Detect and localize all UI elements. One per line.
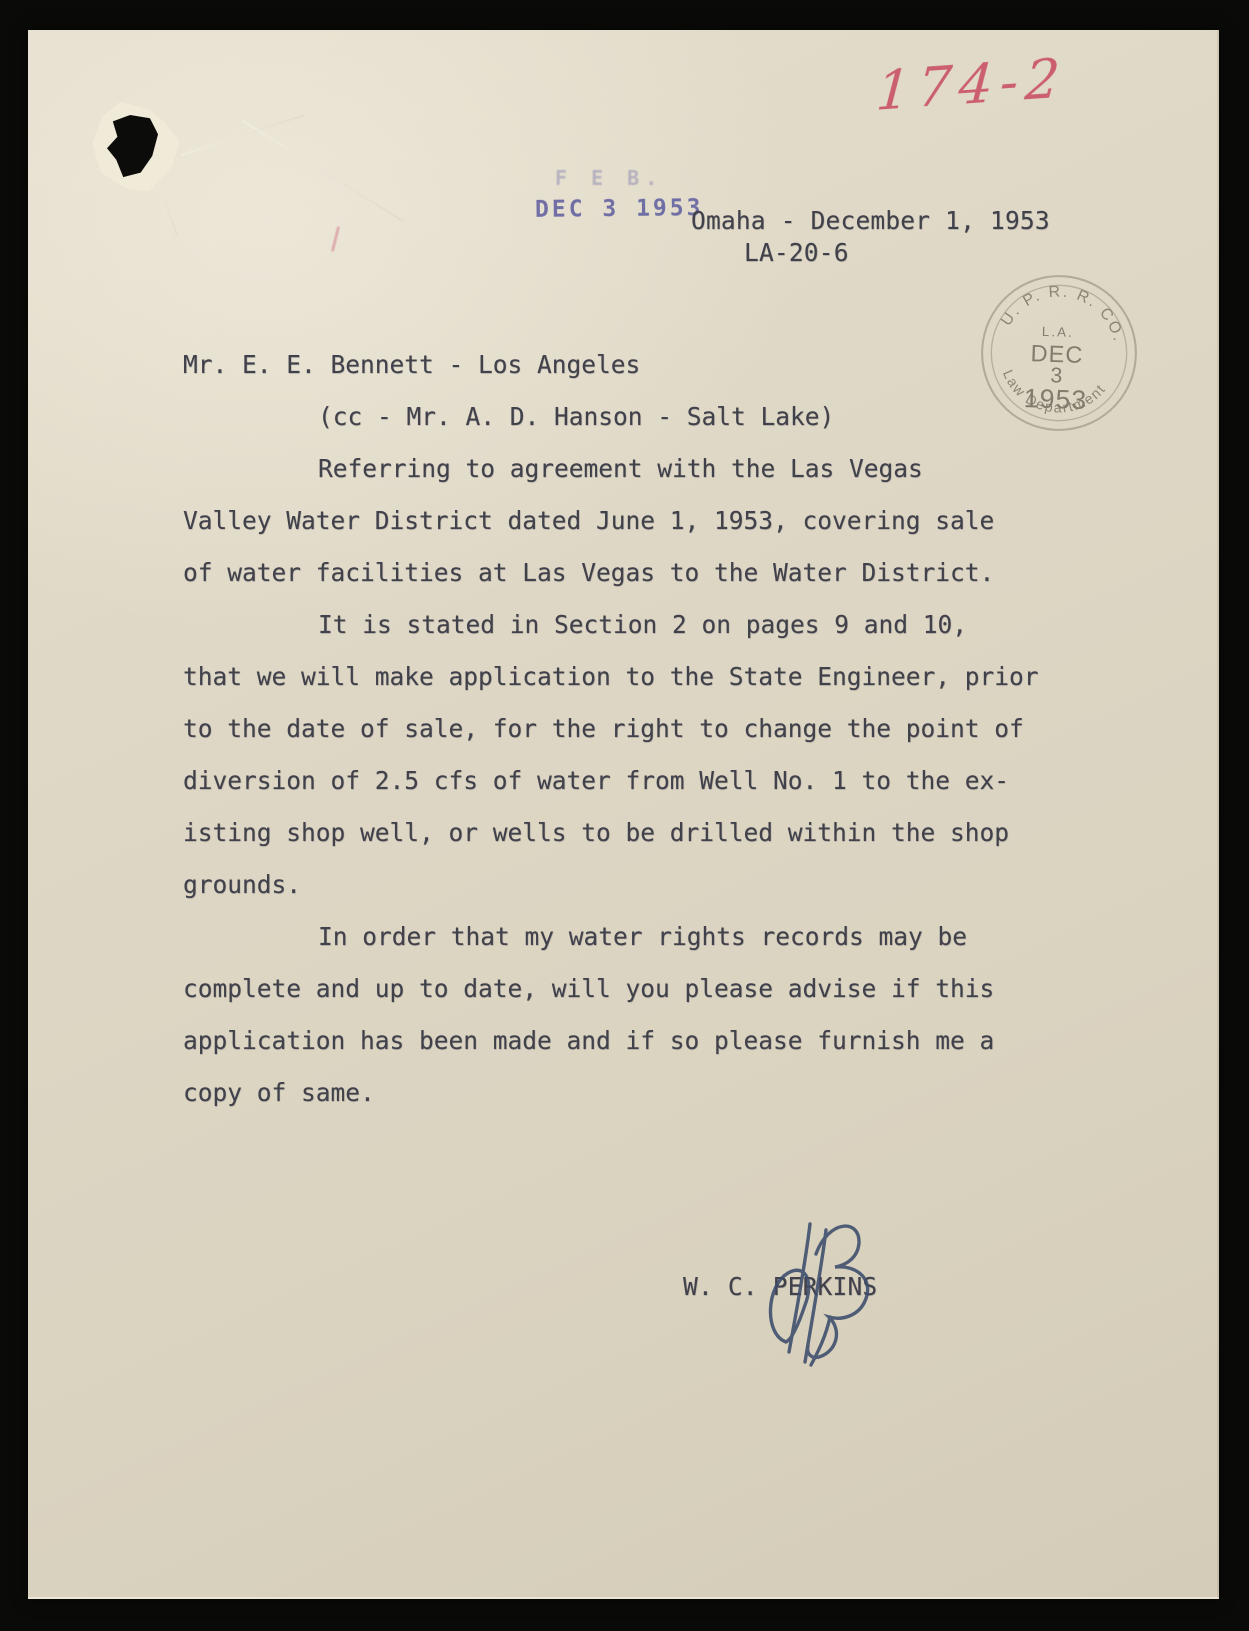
letter-page: 174-2 F E B. DEC 3 1953 Omaha - December… xyxy=(28,30,1219,1599)
letter-body: Mr. E. E. Bennett - Los Angeles (cc - Mr… xyxy=(183,350,1143,1130)
archival-number-handwritten: 174-2 xyxy=(874,44,1098,123)
body-line: complete and up to date, will you please… xyxy=(183,974,1143,1026)
received-date-stamp: DEC 3 1953 xyxy=(535,195,704,223)
cc-line: (cc - Mr. A. D. Hanson - Salt Lake) xyxy=(183,402,1143,454)
body-line: Valley Water District dated June 1, 1953… xyxy=(183,506,1143,558)
body-line: that we will make application to the Sta… xyxy=(183,662,1143,714)
body-line: to the date of sale, for the right to ch… xyxy=(183,714,1143,766)
body-line: In order that my water rights records ma… xyxy=(183,922,1143,974)
dateline: Omaha - December 1, 1953 xyxy=(691,206,1050,235)
body-line: application has been made and if so plea… xyxy=(183,1026,1143,1078)
stamp-location-text: L.A. xyxy=(1042,324,1074,340)
file-number: LA-20-6 xyxy=(744,238,849,267)
body-line: grounds. xyxy=(183,870,1143,922)
body-line: copy of same. xyxy=(183,1078,1143,1130)
handwritten-signature xyxy=(746,1212,906,1387)
paper-crease xyxy=(242,120,404,222)
body-line: isting shop well, or wells to be drilled… xyxy=(183,818,1143,870)
body-line: diversion of 2.5 cfs of water from Well … xyxy=(183,766,1143,818)
body-line: It is stated in Section 2 on pages 9 and… xyxy=(183,610,1143,662)
recipient-line: Mr. E. E. Bennett - Los Angeles xyxy=(183,350,1143,402)
stray-pencil-mark xyxy=(331,226,340,252)
faint-received-stamp: F E B. xyxy=(555,166,663,190)
body-line: of water facilities at Las Vegas to the … xyxy=(183,558,1143,610)
body-line: Referring to agreement with the Las Vega… xyxy=(183,454,1143,506)
